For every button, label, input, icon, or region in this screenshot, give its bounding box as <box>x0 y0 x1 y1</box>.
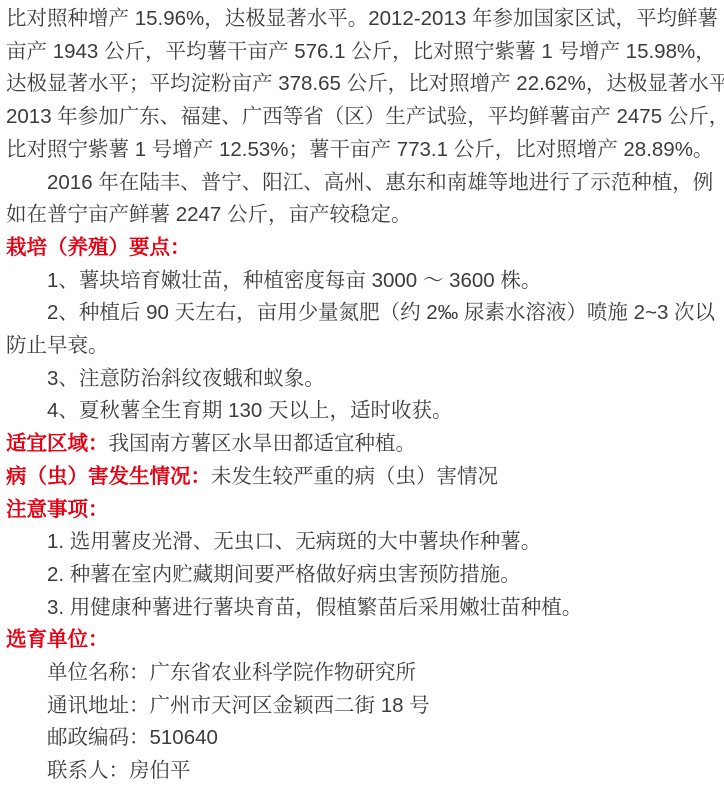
text-line: 适宜区域：我国南方薯区水旱田都适宜种植。 <box>6 428 720 461</box>
section-heading: 选育单位： <box>6 628 109 651</box>
text-line: 比对照种增产 15.96%，达极显著水平。2012-2013 年参加国家区试，平… <box>6 3 720 36</box>
section-heading: 注意事项： <box>6 498 109 521</box>
text-line: 3. 用健康种薯进行薯块育苗，假植繁苗后采用嫩壮苗种植。 <box>6 592 720 625</box>
body-text: 2. 种薯在室内贮藏期间要严格做好病虫害预防措施。 <box>47 563 521 586</box>
text-line: 单位名称：广东省农业科学院作物研究所 <box>6 657 720 690</box>
body-text: 达极显著水平；平均淀粉亩产 378.65 公斤，比对照增产 22.62%，达极显… <box>6 72 724 95</box>
text-line: 1、薯块培育嫩壮苗，种植密度每亩 3000 ～ 3600 株。 <box>6 265 720 298</box>
body-text: 2016 年在陆丰、普宁、阳江、高州、惠东和南雄等地进行了示范种植，例 <box>47 171 713 194</box>
section-heading: 病（虫）害发生情况： <box>6 465 211 488</box>
text-line: 邮政编码：510640 <box>6 722 720 755</box>
body-text: 3. 用健康种薯进行薯块育苗，假植繁苗后采用嫩壮苗种植。 <box>47 596 582 619</box>
body-text: 邮政编码：510640 <box>47 726 218 749</box>
body-text: 1. 选用薯皮光滑、无虫口、无病斑的大中薯块作种薯。 <box>47 530 541 553</box>
body-text: 2013 年参加广东、福建、广西等省（区）生产试验，平均鲜薯亩产 2475 公斤… <box>6 105 724 128</box>
text-line: 2. 种薯在室内贮藏期间要严格做好病虫害预防措施。 <box>6 559 720 592</box>
body-text: 未发生较严重的病（虫）害情况 <box>211 465 498 488</box>
body-text: 通讯地址：广州市天河区金颖西二街 18 号 <box>47 694 430 717</box>
body-text: 单位名称：广东省农业科学院作物研究所 <box>47 661 416 684</box>
text-line: 注意事项： <box>6 494 720 527</box>
text-line: 2016 年在陆丰、普宁、阳江、高州、惠东和南雄等地进行了示范种植，例 <box>6 167 720 200</box>
text-line: 达极显著水平；平均淀粉亩产 378.65 公斤，比对照增产 22.62%，达极显… <box>6 68 720 101</box>
text-line: 4、夏秋薯全生育期 130 天以上，适时收获。 <box>6 395 720 428</box>
body-text: 联系人：房伯平 <box>47 759 191 782</box>
section-heading: 适宜区域： <box>6 432 109 455</box>
text-line: 选育单位： <box>6 624 720 657</box>
text-line: 1. 选用薯皮光滑、无虫口、无病斑的大中薯块作种薯。 <box>6 526 720 559</box>
text-line: 防止早衰。 <box>6 330 720 363</box>
body-text: 比对照宁紫薯 1 号增产 12.53%；薯干亩产 773.1 公斤，比对照增产 … <box>6 138 713 161</box>
document-page: 比对照种增产 15.96%，达极显著水平。2012-2013 年参加国家区试，平… <box>0 0 724 787</box>
body-text: 亩产 1943 公斤，平均薯干亩产 576.1 公斤，比对照宁紫薯 1 号增产 … <box>6 40 716 63</box>
text-line: 比对照宁紫薯 1 号增产 12.53%；薯干亩产 773.1 公斤，比对照增产 … <box>6 134 720 167</box>
text-line: 病（虫）害发生情况：未发生较严重的病（虫）害情况 <box>6 461 720 494</box>
body-text: 我国南方薯区水旱田都适宜种植。 <box>109 432 417 455</box>
text-line: 亩产 1943 公斤，平均薯干亩产 576.1 公斤，比对照宁紫薯 1 号增产 … <box>6 36 720 69</box>
body-text: 3、注意防治斜纹夜蛾和蚁象。 <box>47 367 325 390</box>
text-line: 联系人：房伯平 <box>6 755 720 787</box>
text-line: 3、注意防治斜纹夜蛾和蚁象。 <box>6 363 720 396</box>
text-line: 如在普宁亩产鲜薯 2247 公斤，亩产较稳定。 <box>6 199 720 232</box>
text-line: 2、种植后 90 天左右，亩用少量氮肥（约 2‰ 尿素水溶液）喷施 2~3 次以 <box>6 297 720 330</box>
body-text: 4、夏秋薯全生育期 130 天以上，适时收获。 <box>47 399 453 422</box>
body-text: 如在普宁亩产鲜薯 2247 公斤，亩产较稳定。 <box>6 203 412 226</box>
body-text: 1、薯块培育嫩壮苗，种植密度每亩 3000 ～ 3600 株。 <box>47 269 541 292</box>
text-line: 2013 年参加广东、福建、广西等省（区）生产试验，平均鲜薯亩产 2475 公斤… <box>6 101 720 134</box>
body-text: 比对照种增产 15.96%，达极显著水平。2012-2013 年参加国家区试，平… <box>6 7 718 30</box>
section-heading: 栽培（养殖）要点： <box>6 236 191 259</box>
body-text: 2、种植后 90 天左右，亩用少量氮肥（约 2‰ 尿素水溶液）喷施 2~3 次以 <box>47 301 715 324</box>
body-text: 防止早衰。 <box>6 334 109 357</box>
text-line: 通讯地址：广州市天河区金颖西二街 18 号 <box>6 690 720 723</box>
text-line: 栽培（养殖）要点： <box>6 232 720 265</box>
